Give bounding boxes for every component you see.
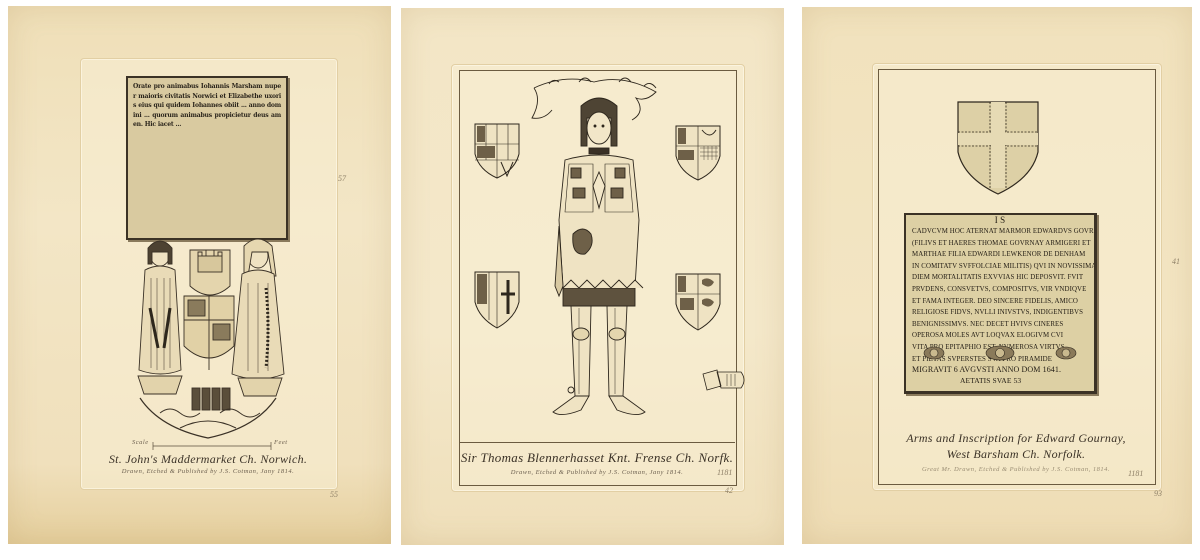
pencil-note: 55 [330, 490, 338, 499]
publisher-line: Drawn, Etched & Published by J.S. Cotman… [459, 469, 735, 476]
knight-brass-effigy-illustration [529, 76, 669, 436]
scale-label-left: Scale [132, 439, 149, 446]
pencil-note: 41 [1172, 257, 1180, 266]
scale-label-right: Feet [274, 439, 288, 446]
heraldic-shield-upper-left [473, 122, 521, 180]
heraldic-shield-upper-right [674, 124, 722, 182]
blackletter-inscription-text: Orate pro animabus Iohannis Marsham nupe… [128, 78, 286, 134]
publisher-line: Drawn, Etched & Published by J.S. Cotman… [108, 468, 308, 475]
inscription-line: OPEROSA MOLES AVT LOQVAX ELOGIVM CVI [906, 330, 1094, 342]
inscription-line: IN COMITATV SVFFOLCIAE MILITIS) QVI IN N… [906, 261, 1094, 273]
cherub-heads-ornament [914, 343, 1086, 363]
publisher-line: Great Mr. Drawn, Etched & Published by J… [878, 466, 1154, 473]
gournay-arms-shield-engrailed-cross [956, 100, 1040, 196]
inscription-line: CADVCVM HOC ATERNAT MARMOR EDWARDVS GOVR… [906, 226, 1094, 238]
pencil-note: 93 [1154, 489, 1162, 498]
heraldic-shield-lower-left-cross [473, 270, 521, 330]
pencil-note: 1181 [717, 468, 732, 477]
inscription-age: AETATIS SVAE 53 [954, 374, 1027, 388]
print-caption-title-line2: West Barsham Ch. Norfolk. [878, 447, 1154, 462]
inscription-header: I S [906, 215, 1094, 226]
pencil-note: 42 [725, 486, 733, 495]
pencil-note: 1181 [1128, 469, 1143, 478]
blackletter-inscription-panel: Orate pro animabus Iohannis Marsham nupe… [126, 76, 288, 240]
latin-inscription-tablet: I S CADVCVM HOC ATERNAT MARMOR EDWARDVS … [904, 213, 1097, 394]
gauntlet-illustration [701, 368, 749, 392]
print-caption-title-line1: Arms and Inscription for Edward Gournay, [878, 431, 1154, 446]
print-caption-title: St. John's Maddermarket Ch. Norwich. [108, 452, 308, 467]
inscription-line: BENIGNISSIMVS. NEC DECET HVIVS CINERES [906, 319, 1094, 331]
scale-bar [143, 442, 283, 450]
print-sheet-st-johns-maddermarket: Orate pro animabus Iohannis Marsham nupe… [8, 6, 391, 544]
inscription-line: DIEM MORTALITATIS EXVVIAS HIC DEPOSVIT. … [906, 272, 1094, 284]
heraldic-shield-lower-right-lions [674, 272, 722, 332]
print-caption-title: Sir Thomas Blennerhasset Knt. Frense Ch.… [459, 450, 735, 466]
inscription-line: ET FAMA INTEGER. DEO SINCERE FIDELIS, AM… [906, 296, 1094, 308]
inscription-line: RELIGIOSE FIDVS, NVLLI INIVSTVS, INDIGEN… [906, 307, 1094, 319]
brass-figures-illustration [120, 238, 298, 443]
inscription-line: PRVDENS, CONSVETVS, COMPOSITVS, VIR VNDI… [906, 284, 1094, 296]
pencil-note: 57 [338, 174, 346, 183]
inscription-line: (FILIVS ET HAERES THOMAE GOVRNAY ARMIGER… [906, 238, 1094, 250]
print-sheet-sir-thomas-blennerhasset: Sir Thomas Blennerhasset Knt. Frense Ch.… [401, 8, 784, 545]
inscription-line: MARTHAE FILIA EDWARDI LEWKENOR DE DENHAM [906, 249, 1094, 261]
print-sheet-edward-gournay: I S CADVCVM HOC ATERNAT MARMOR EDWARDVS … [802, 7, 1192, 544]
caption-divider [459, 442, 735, 443]
